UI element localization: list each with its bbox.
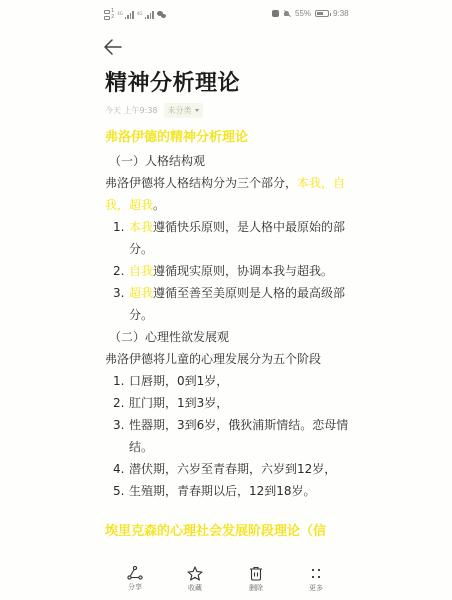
sim-icons: 1 2	[104, 9, 114, 20]
highlight-superego: 超我	[129, 198, 153, 212]
list-item: 5. 生殖期，青春期以后，12到18岁。	[105, 480, 355, 502]
signal-strength-icon: 4G	[117, 11, 134, 19]
list-item: 4. 潜伏期，六岁至青春期，六岁到12岁，	[105, 458, 355, 480]
list-item: 2. 肛门期，1到3岁，	[105, 392, 355, 414]
clock: 9:38	[333, 9, 349, 18]
section1-title: （一）人格结构观	[105, 150, 355, 172]
list-item: 1. 本我遵循快乐原则，是人格中最原始的部分。	[105, 216, 355, 260]
list-item: 1. 口唇期，0到1岁，	[105, 370, 355, 392]
sim2-icon: 2	[104, 15, 114, 20]
status-left: 1 2 4G 4G	[104, 9, 166, 20]
star-icon	[187, 566, 203, 581]
category-dropdown[interactable]: 未分类	[164, 103, 203, 118]
heading-erikson: 埃里克森的心理社会发展阶段理论（信	[105, 520, 355, 544]
note-date: 今天 上午9:38	[105, 105, 158, 116]
highlight-id: 本我	[297, 176, 321, 190]
delete-button[interactable]: 删除	[236, 566, 276, 592]
list-item: 3. 超我遵循至善至美原则是人格的最高级部分。	[105, 282, 355, 326]
notes-screen: 1 2 4G 4G 55% 9:38	[0, 0, 452, 600]
trash-icon	[248, 566, 264, 581]
battery-icon	[315, 10, 329, 17]
note-title[interactable]: 精神分析理论	[105, 66, 240, 97]
arrow-left-icon	[103, 38, 123, 56]
section2-intro: 弗洛伊德将儿童的心理发展分为五个阶段	[105, 348, 355, 370]
share-button[interactable]: 分享	[115, 566, 155, 591]
signal-strength-2-icon: 4G	[137, 11, 154, 19]
favorite-button[interactable]: 收藏	[175, 566, 215, 592]
more-button[interactable]: 更多	[296, 566, 336, 592]
heading-freud: 弗洛伊德的精神分析理论	[105, 126, 355, 150]
alarm-icon	[272, 10, 279, 17]
more-dots-icon	[308, 566, 324, 581]
section2-title: （二）心理性欲发展观	[105, 326, 355, 348]
battery-percent: 55%	[295, 9, 311, 18]
section1-intro: 弗洛伊德将人格结构分为三个部分，本我，自我，超我。	[105, 172, 355, 216]
caret-down-icon	[195, 109, 199, 112]
bottom-toolbar: 分享 收藏 删除 更多	[0, 562, 452, 600]
list-item: 3. 性器期，3到6岁，俄狄浦斯情结。恋母情结。	[105, 414, 355, 458]
status-right: 55% 9:38	[272, 9, 349, 18]
note-body[interactable]: 弗洛伊德的精神分析理论 （一）人格结构观 弗洛伊德将人格结构分为三个部分，本我，…	[105, 126, 355, 544]
list-item: 2. 自我遵循现实原则，协调本我与超我。	[105, 260, 355, 282]
spacer	[105, 502, 355, 520]
status-bar: 1 2 4G 4G 55% 9:38	[0, 0, 452, 30]
back-button[interactable]	[103, 38, 125, 58]
note-meta: 今天 上午9:38 未分类	[105, 103, 203, 118]
share-icon	[127, 566, 143, 580]
mute-icon	[283, 10, 291, 18]
wechat-icon	[157, 11, 166, 18]
category-label: 未分类	[168, 105, 192, 116]
